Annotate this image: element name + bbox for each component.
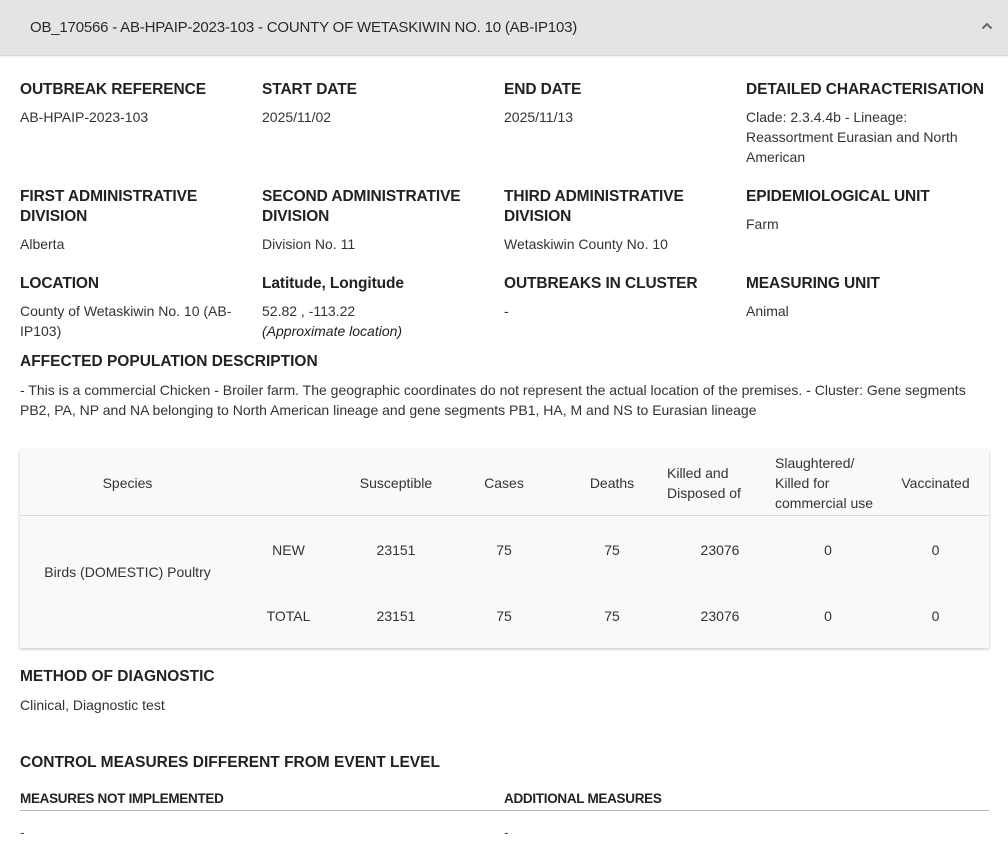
measures-not-implemented-label: MEASURES NOT IMPLEMENTED	[20, 789, 224, 809]
cases-cell: 75	[450, 606, 558, 626]
outbreak-panel-header[interactable]: OB_170566 - AB-HPAIP-2023-103 - COUNTY O…	[0, 0, 1008, 56]
field-value: Division No. 11	[262, 234, 492, 254]
vaccinated-cell: 0	[882, 540, 989, 560]
field-value: Wetaskiwin County No. 10	[504, 234, 734, 254]
field-value: Alberta	[20, 234, 250, 254]
measures-header-row: MEASURES NOT IMPLEMENTED ADDITIONAL MEAS…	[20, 789, 989, 811]
additional-measures-value: -	[504, 824, 509, 840]
field-third-admin-division: THIRD ADMINISTRATIVE DIVISION Wetaskiwin…	[504, 187, 734, 254]
field-value: AB-HPAIP-2023-103	[20, 107, 255, 127]
field-value: 2025/11/13	[504, 107, 739, 127]
measures-not-implemented-value: -	[20, 824, 25, 840]
field-label: DETAILED CHARACTERISATION	[746, 80, 990, 100]
susceptible-cell: 23151	[342, 540, 450, 560]
killed-disposed-cell: 23076	[666, 606, 774, 626]
column-header-species: Species	[20, 450, 235, 516]
field-value: 52.82 , -113.22	[262, 301, 497, 321]
field-label: START DATE	[262, 80, 497, 100]
slaughtered-cell: 0	[774, 606, 882, 626]
field-location: LOCATION County of Wetaskiwin No. 10 (AB…	[20, 274, 252, 341]
chevron-up-icon[interactable]	[980, 19, 994, 33]
susceptible-cell: 23151	[342, 606, 450, 626]
field-label: SECOND ADMINISTRATIVE DIVISION	[262, 187, 492, 227]
field-measuring-unit: MEASURING UNIT Animal	[746, 274, 981, 321]
species-cell: Birds (DOMESTIC) Poultry	[20, 562, 235, 582]
slaughtered-cell: 0	[774, 540, 882, 560]
field-label: LOCATION	[20, 274, 252, 294]
column-header-slaughtered: Slaughtered/ Killed for commercial use	[774, 450, 882, 516]
field-start-date: START DATE 2025/11/02	[262, 80, 497, 127]
approximate-location-note: (Approximate location)	[262, 321, 497, 341]
deaths-cell: 75	[558, 540, 666, 560]
cases-cell: 75	[450, 540, 558, 560]
panel-title: OB_170566 - AB-HPAIP-2023-103 - COUNTY O…	[30, 19, 577, 36]
field-value: County of Wetaskiwin No. 10 (AB-IP103)	[20, 301, 252, 341]
additional-measures-label: ADDITIONAL MEASURES	[504, 789, 662, 809]
column-header-susceptible: Susceptible	[342, 450, 450, 516]
vaccinated-cell: 0	[882, 606, 989, 626]
column-header-vaccinated: Vaccinated	[882, 450, 989, 516]
field-value: Farm	[746, 214, 990, 234]
row-type: TOTAL	[235, 606, 342, 626]
population-table: Species Susceptible Cases Deaths Killed …	[20, 450, 989, 648]
column-header-killed-disposed: Killed and Disposed of	[666, 450, 774, 516]
field-label: MEASURING UNIT	[746, 274, 981, 294]
field-label: OUTBREAK REFERENCE	[20, 80, 255, 100]
control-measures-title: CONTROL MEASURES DIFFERENT FROM EVENT LE…	[20, 753, 440, 773]
field-label: FIRST ADMINISTRATIVE DIVISION	[20, 187, 250, 227]
table-header: Species Susceptible Cases Deaths Killed …	[20, 450, 989, 516]
diagnostic-title: METHOD OF DIAGNOSTIC	[20, 667, 215, 687]
diagnostic-value: Clinical, Diagnostic test	[20, 695, 988, 715]
column-header-type	[235, 450, 342, 516]
field-value: 2025/11/02	[262, 107, 497, 127]
field-label: END DATE	[504, 80, 739, 100]
field-first-admin-division: FIRST ADMINISTRATIVE DIVISION Alberta	[20, 187, 250, 254]
affected-population-text: - This is a commercial Chicken - Broiler…	[20, 380, 988, 420]
field-end-date: END DATE 2025/11/13	[504, 80, 739, 127]
field-outbreaks-in-cluster: OUTBREAKS IN CLUSTER -	[504, 274, 739, 321]
column-header-cases: Cases	[450, 450, 558, 516]
field-label: THIRD ADMINISTRATIVE DIVISION	[504, 187, 734, 227]
field-outbreak-reference: OUTBREAK REFERENCE AB-HPAIP-2023-103	[20, 80, 255, 127]
killed-disposed-cell: 23076	[666, 540, 774, 560]
field-epidemiological-unit: EPIDEMIOLOGICAL UNIT Farm	[746, 187, 990, 234]
field-value: -	[504, 301, 739, 321]
field-detailed-characterisation: DETAILED CHARACTERISATION Clade: 2.3.4.4…	[746, 80, 990, 167]
row-type: NEW	[235, 540, 342, 560]
field-value: Animal	[746, 301, 981, 321]
field-second-admin-division: SECOND ADMINISTRATIVE DIVISION Division …	[262, 187, 492, 254]
field-value: Clade: 2.3.4.4b - Lineage: Reassortment …	[746, 107, 990, 167]
deaths-cell: 75	[558, 606, 666, 626]
field-label: OUTBREAKS IN CLUSTER	[504, 274, 739, 294]
field-lat-lon: Latitude, Longitude 52.82 , -113.22 (App…	[262, 274, 497, 341]
field-label: Latitude, Longitude	[262, 274, 497, 294]
affected-population-title: AFFECTED POPULATION DESCRIPTION	[20, 352, 318, 372]
field-label: EPIDEMIOLOGICAL UNIT	[746, 187, 990, 207]
column-header-deaths: Deaths	[558, 450, 666, 516]
